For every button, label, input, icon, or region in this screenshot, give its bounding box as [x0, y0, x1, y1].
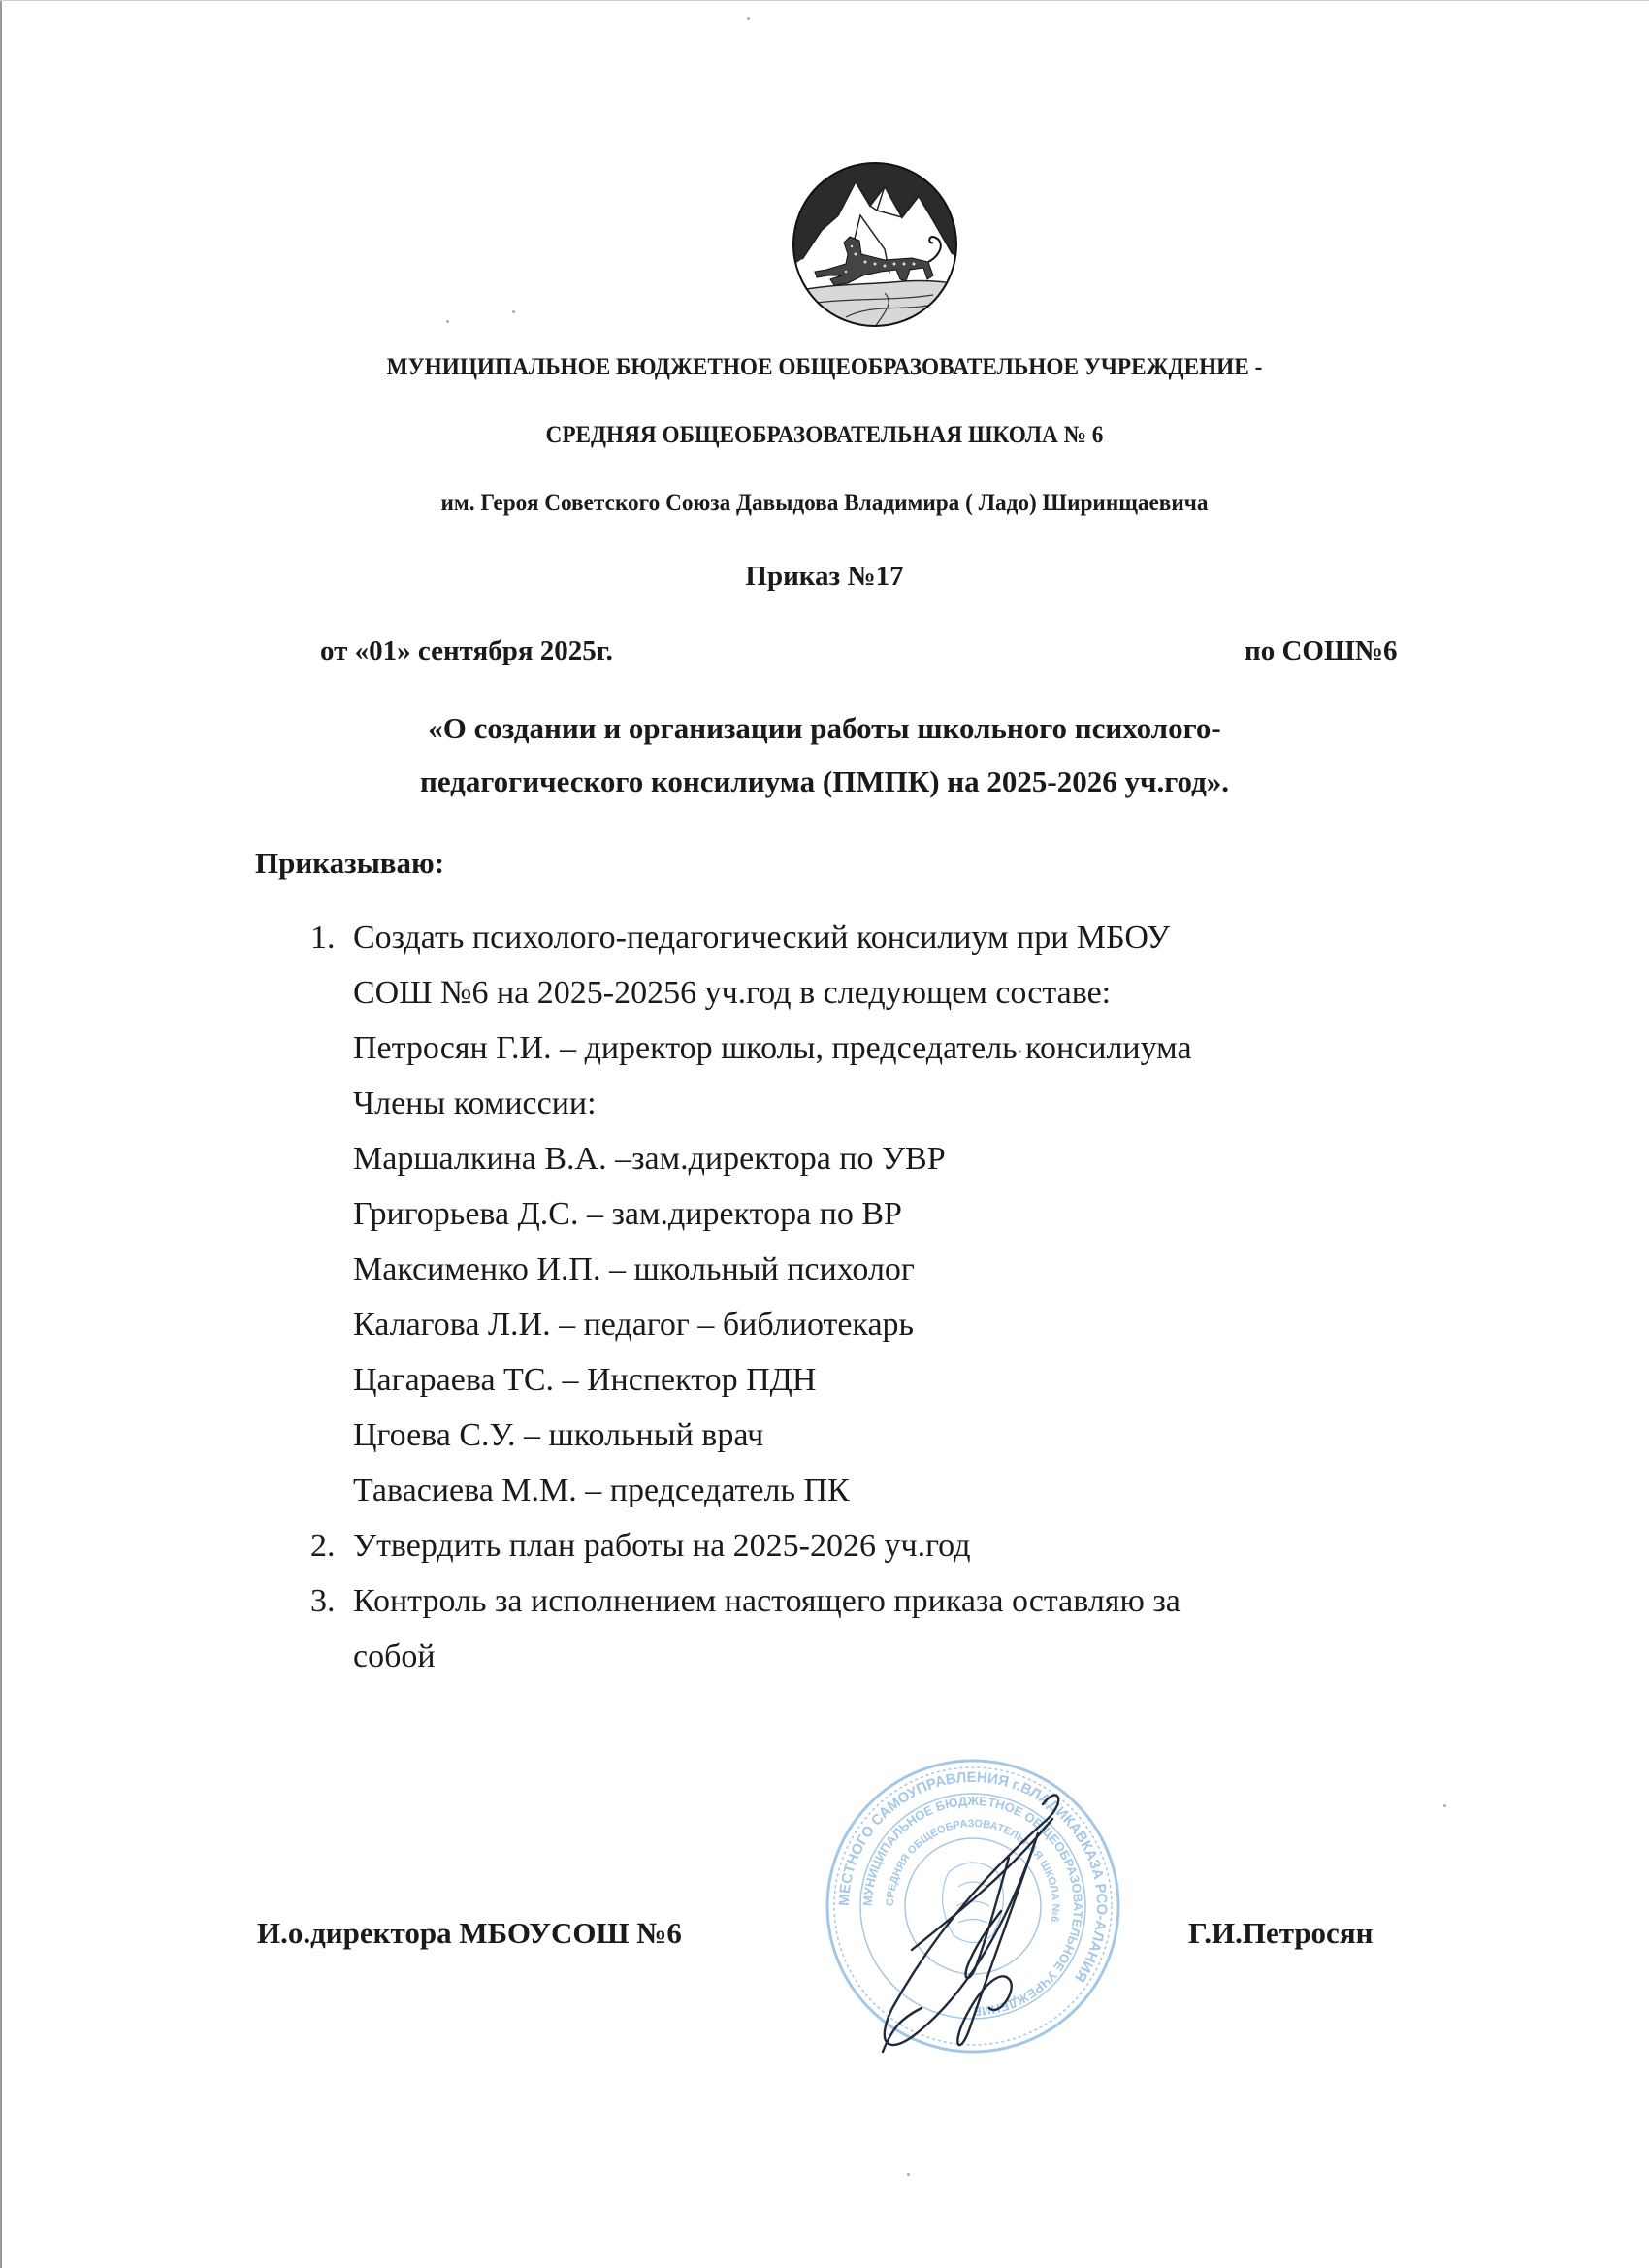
order-title: Приказ №17: [0, 561, 1649, 593]
scan-edge-shadow: [0, 0, 2, 2268]
scan-speck: [512, 310, 515, 313]
member-line: Калагова Л.И. – педагог – библиотекарь: [353, 1307, 914, 1344]
signatory-position: И.о.директора МБОУСОШ №6: [257, 1916, 682, 1951]
scan-speck: [1018, 1050, 1021, 1053]
item-line: СОШ №6 на 2025-20256 уч.год в следующем …: [353, 975, 1111, 1012]
order-issuer: по СОШ№6: [1245, 635, 1397, 667]
scan-speck: [747, 17, 750, 20]
document-page: МУНИЦИПАЛЬНОЕ БЮДЖЕТНОЕ ОБЩЕОБРАЗОВАТЕЛЬ…: [0, 0, 1649, 2268]
order-date: от «01» сентября 2025г.: [320, 635, 613, 667]
scan-speck: [1443, 1804, 1446, 1807]
item-line: Петросян Г.И. – директор школы, председа…: [353, 1030, 1192, 1067]
item-line: Члены комиссии:: [353, 1085, 597, 1122]
member-line: Маршалкина В.А. –зам.директора по УВР: [353, 1141, 946, 1178]
item-line: Создать психолого-педагогический консили…: [353, 920, 1170, 956]
member-line: Цгоева С.У. – школьный врач: [353, 1417, 763, 1454]
item-number: 3.: [310, 1583, 336, 1620]
signatory-name: Г.И.Петросян: [1188, 1916, 1373, 1951]
institution-name-line3: им. Героя Советского Союза Давыдова Влад…: [58, 490, 1592, 517]
handwritten-signature-icon: [854, 1775, 1106, 2066]
item-number: 1.: [310, 920, 336, 956]
institution-name-line1: МУНИЦИПАЛЬНОЕ БЮДЖЕТНОЕ ОБЩЕОБРАЗОВАТЕЛЬ…: [58, 354, 1592, 381]
scan-speck: [446, 320, 449, 323]
item-line: Утвердить план работы на 2025-2026 уч.го…: [353, 1528, 971, 1565]
institution-name-line2: СРЕДНЯЯ ОБЩЕОБРАЗОВАТЕЛЬНАЯ ШКОЛА № 6: [58, 422, 1592, 449]
order-subject-line1: «О создании и организации работы школьно…: [0, 711, 1649, 746]
order-subject-line2: педагогического консилиума (ПМПК) на 202…: [0, 764, 1649, 799]
member-line: Григорьева Д.С. – зам.директора по ВР: [353, 1196, 902, 1233]
member-line: Тавасиева М.М. – председатель ПК: [353, 1473, 850, 1509]
member-line: Цагараева ТС. – Инспектор ПДН: [353, 1362, 816, 1399]
coat-of-arms-icon: [788, 157, 962, 332]
item-number: 2.: [310, 1528, 336, 1565]
scan-speck: [907, 2173, 910, 2176]
orders-label: Приказываю:: [255, 846, 444, 881]
item-line: Контроль за исполнением настоящего прика…: [353, 1583, 1180, 1620]
member-line: Максименко И.П. – школьный психолог: [353, 1251, 915, 1288]
item-line: собой: [353, 1638, 436, 1675]
scan-top-edge: [0, 0, 1649, 1]
